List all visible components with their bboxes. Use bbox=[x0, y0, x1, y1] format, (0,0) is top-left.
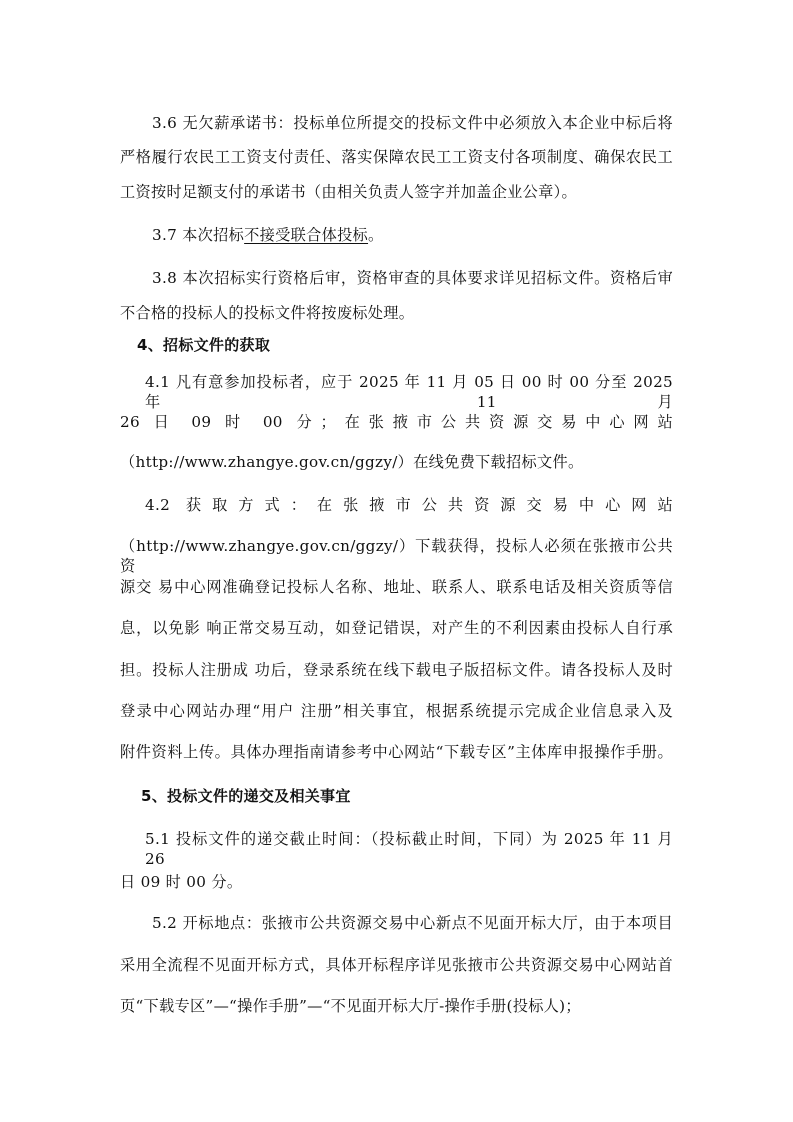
para-3-7-prefix: 3.7 本次招标 bbox=[152, 226, 244, 244]
para-3-6-line-2: 严格履行农民工工资支付责任、落实保障农民工工资支付各项制度、确保农民工 bbox=[120, 147, 673, 167]
para-3-7: 3.7 本次招标不接受联合体投标。 bbox=[152, 225, 705, 245]
para-3-7-underlined: 不接受联合体投标 bbox=[244, 226, 368, 244]
para-4-2-line-5: 担。投标人注册成 功后，登录系统在线下载电子版招标文件。请各投标人及时 bbox=[120, 660, 673, 680]
para-4-2-line-3: 源交 易中心网准确登记投标人名称、地址、联系人、联系电话及相关资质等信 bbox=[120, 577, 673, 597]
para-5-1-line-2: 日 09 时 00 分。 bbox=[120, 872, 673, 892]
para-3-8-line-1: 3.8 本次招标实行资格后审，资格审查的具体要求详见招标文件。资格后审 bbox=[152, 268, 673, 288]
para-4-2-line-1: 4.2 获取方式：在张掖市公共资源交易中心网站 bbox=[145, 495, 673, 515]
section-5-heading: 5、投标文件的递交及相关事宜 bbox=[141, 786, 694, 806]
para-4-2-line-7: 附件资料上传。具体办理指南请参考中心网站“下载专区”主体库申报操作手册。 bbox=[120, 742, 673, 762]
para-4-2-line-2: （http://www.zhangye.gov.cn/ggzy/）下载获得，投标… bbox=[120, 536, 673, 576]
para-5-1-line-1: 5.1 投标文件的递交截止时间：（投标截止时间，下同）为 2025 年 11 月… bbox=[145, 829, 673, 869]
para-4-1-line-2: 26 日 09 时 00 分；在张掖市公共资源交易中心网站 bbox=[120, 412, 673, 432]
para-5-2-line-1: 5.2 开标地点：张掖市公共资源交易中心新点不见面开标大厅，由于本项目 bbox=[152, 913, 673, 933]
para-5-2-line-2: 采用全流程不见面开标方式，具体开标程序详见张掖市公共资源交易中心网站首 bbox=[120, 955, 673, 975]
para-4-1-line-3: （http://www.zhangye.gov.cn/ggzy/）在线免费下载招… bbox=[120, 452, 673, 472]
section-4-heading: 4、招标文件的获取 bbox=[137, 335, 690, 355]
para-3-7-suffix: 。 bbox=[368, 226, 384, 244]
para-4-2-line-4: 息，以免影 响正常交易互动，如登记错误，对产生的不利因素由投标人自行承 bbox=[120, 618, 673, 638]
para-4-2-line-6: 登录中心网站办理“用户 注册”相关事宜，根据系统提示完成企业信息录入及 bbox=[120, 701, 673, 721]
para-3-6-line-1: 3.6 无欠薪承诺书：投标单位所提交的投标文件中必须放入本企业中标后将 bbox=[152, 113, 673, 133]
para-3-8-line-2: 不合格的投标人的投标文件将按废标处理。 bbox=[120, 303, 673, 323]
para-5-2-line-3: 页“下载专区”—“操作手册”—“不见面开标大厅-操作手册(投标人)； bbox=[120, 996, 673, 1016]
para-3-6-line-3: 工资按时足额支付的承诺书（由相关负责人签字并加盖企业公章）。 bbox=[120, 182, 673, 202]
para-4-1-line-1: 4.1 凡有意参加投标者，应于 2025 年 11 月 05 日 00 时 00… bbox=[145, 372, 673, 412]
